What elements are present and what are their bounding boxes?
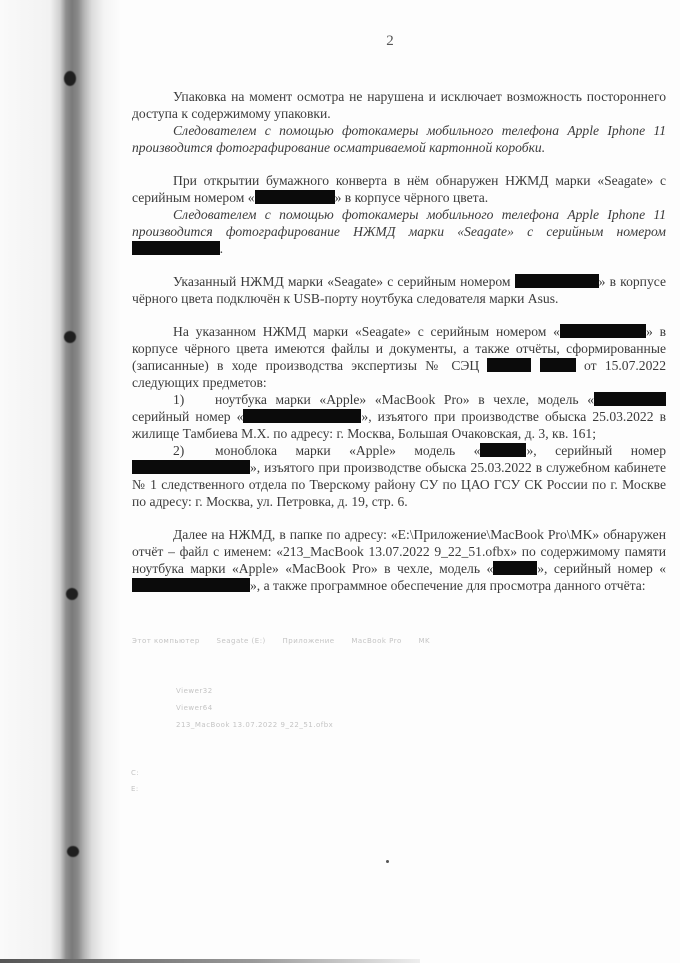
file-item: Viewer64: [176, 704, 213, 712]
list-item-imac: 2)моноблока марки «Apple» модель «», сер…: [132, 442, 666, 510]
redaction: [255, 190, 335, 204]
redaction: [560, 324, 646, 338]
paragraph-photo-hdd: Следователем с помощью фотокамеры мобиль…: [132, 206, 666, 257]
text: », а также программное обеспечение для п…: [250, 578, 646, 593]
breadcrumb-item: MacBook Pro: [351, 637, 401, 645]
list-number: 1): [173, 391, 215, 408]
redaction: [132, 241, 220, 255]
paragraph-envelope: При открытии бумажного конверта в нём об…: [132, 172, 666, 206]
breadcrumb-item: Этот компьютер: [132, 637, 200, 645]
text: На указанном НЖМД марки «Seagate» с сери…: [173, 324, 560, 339]
text: .: [220, 241, 223, 256]
text: » в корпусе чёрного цвета.: [335, 190, 489, 205]
punch-hole: [64, 71, 76, 86]
scan-speck: [386, 860, 389, 863]
paragraph-usb-connection: Указанный НЖМД марки «Seagate» с серийны…: [132, 273, 666, 307]
redaction: [132, 578, 250, 592]
list-item-macbook: 1)ноутбука марки «Apple» «MacBook Pro» в…: [132, 391, 666, 442]
list-number: 2): [173, 442, 215, 459]
file-item: 213_MacBook 13.07.2022 9_22_51.ofbx: [176, 721, 333, 729]
explorer-breadcrumb: Этот компьютер Seagate (E:) Приложение M…: [132, 637, 444, 645]
text: серийный номер «: [132, 409, 243, 424]
punch-hole: [64, 331, 76, 343]
scan-edge: [0, 959, 420, 963]
redaction: [132, 460, 250, 474]
page-number: 2: [0, 33, 680, 50]
text: », серийный номер: [526, 443, 666, 458]
redaction: [243, 409, 361, 423]
paragraph-packaging: Упаковка на момент осмотра не нарушена и…: [132, 88, 666, 122]
text: Указанный НЖМД марки «Seagate» с серийны…: [173, 274, 515, 289]
redaction: [540, 358, 576, 372]
drive-item: E:: [131, 785, 139, 793]
breadcrumb-item: Приложение: [283, 637, 335, 645]
text: », серийный номер «: [537, 561, 666, 576]
drive-item: C:: [131, 769, 139, 777]
text: моноблока марки «Apple» модель «: [215, 443, 480, 458]
punch-hole: [67, 846, 79, 857]
redaction: [480, 443, 526, 457]
redaction: [515, 274, 599, 288]
redaction: [493, 561, 537, 575]
breadcrumb-item: Seagate (E:): [217, 637, 266, 645]
text: ноутбука марки «Apple» «MacBook Pro» в ч…: [215, 392, 594, 407]
text: Следователем с помощью фотокамеры мобиль…: [132, 207, 666, 239]
file-item: Viewer32: [176, 687, 213, 695]
paragraph-report-found: Далее на НЖМД, в папке по адресу: «E:\Пр…: [132, 526, 666, 594]
document-body: Упаковка на момент осмотра не нарушена и…: [132, 88, 666, 594]
redaction: [487, 358, 531, 372]
paragraph-files: На указанном НЖМД марки «Seagate» с сери…: [132, 323, 666, 391]
redaction: [594, 392, 666, 406]
breadcrumb-item: MK: [419, 637, 431, 645]
punch-hole: [66, 588, 78, 600]
binding-shadow: [0, 0, 120, 963]
paragraph-photo-box: Следователем с помощью фотокамеры мобиль…: [132, 122, 666, 156]
